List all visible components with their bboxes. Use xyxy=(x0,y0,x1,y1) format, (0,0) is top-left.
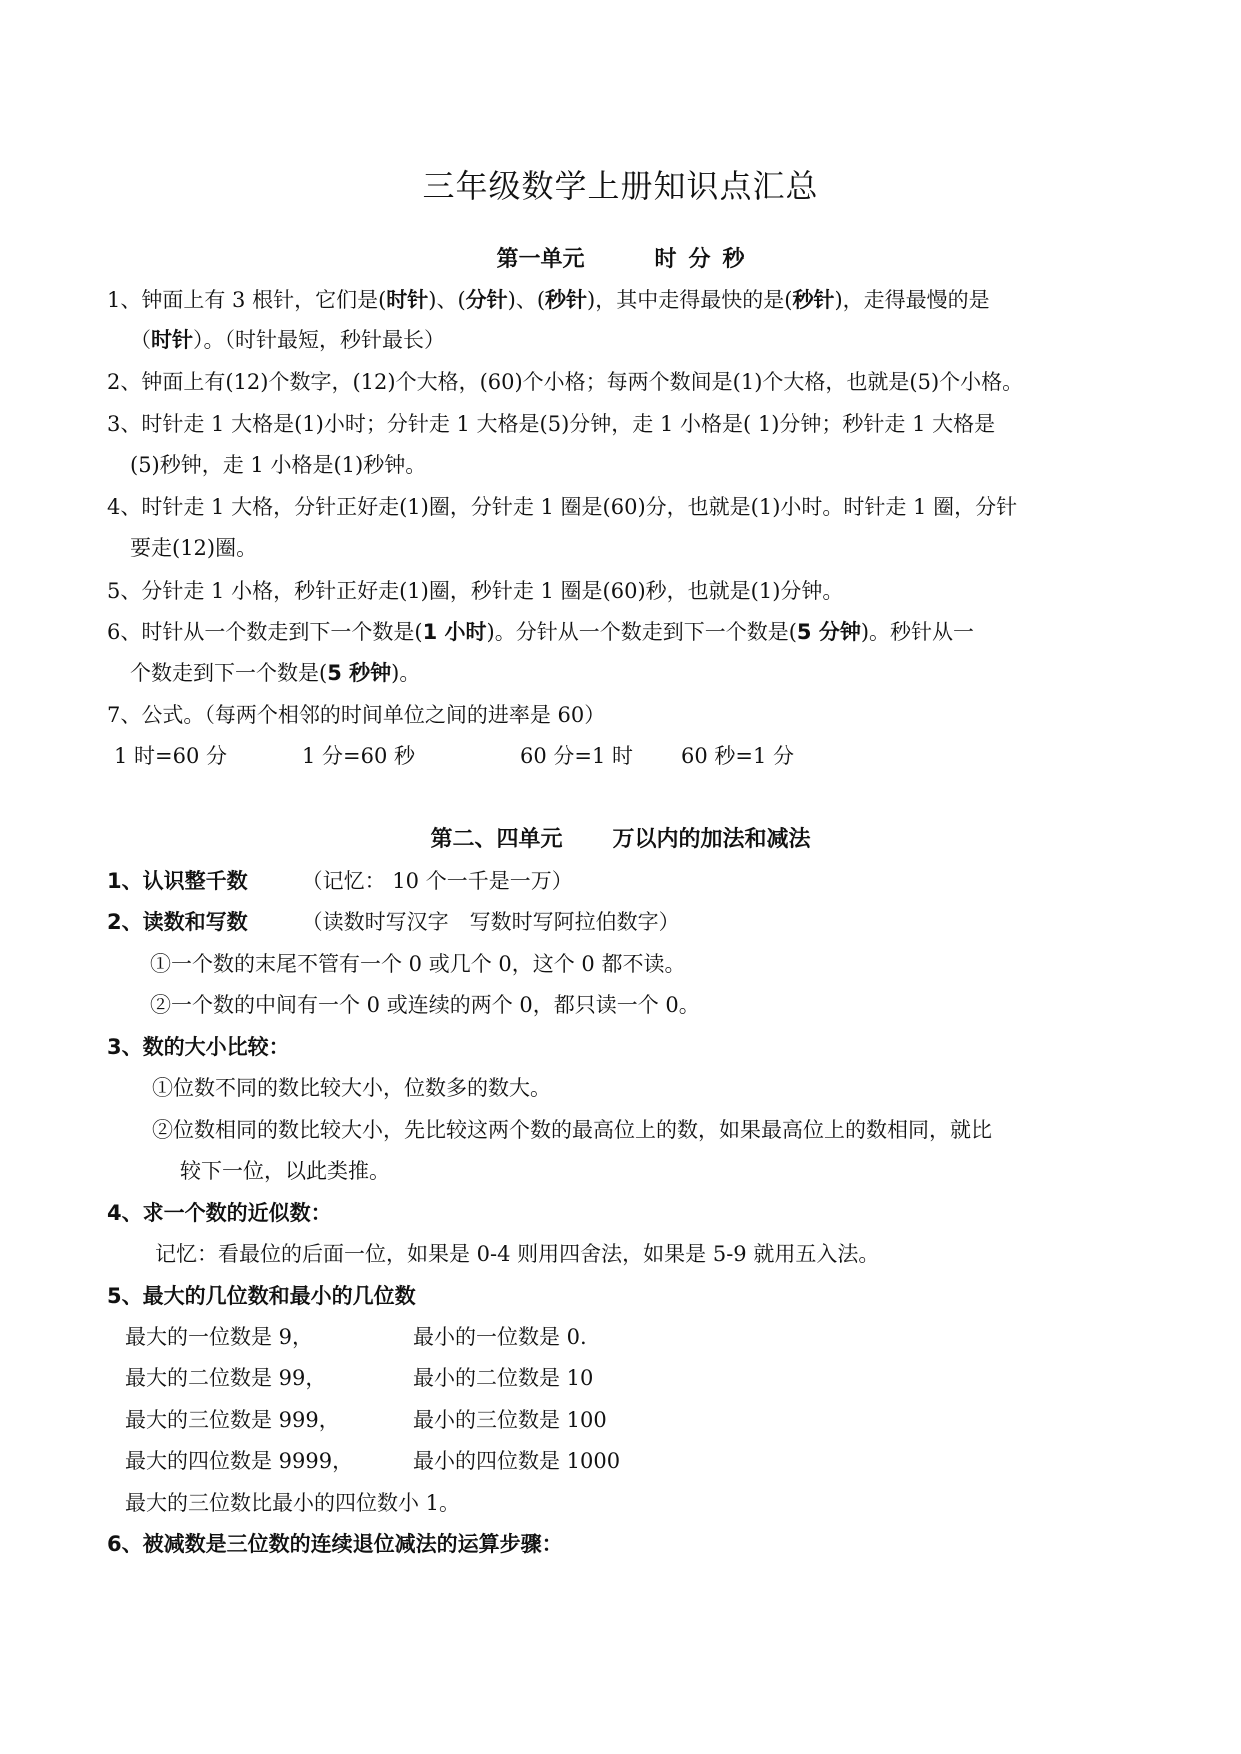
answer: 1 小时 xyxy=(423,620,487,644)
unit2-item-2: 2、读数和写数（读数时写汉字 写数时写阿拉伯数字） xyxy=(107,907,680,937)
max-digit-3: 最大的三位数是 999， xyxy=(125,1405,340,1435)
document-title: 三年级数学上册知识点汇总 xyxy=(0,166,1241,206)
item-note: （读数时写汉字 写数时写阿拉伯数字） xyxy=(302,910,680,934)
unit1-heading-topic-second: 秒 xyxy=(723,247,745,272)
unit1-heading-label: 第一单元 xyxy=(496,247,584,272)
unit2-item-3-heading: 3、数的大小比较： xyxy=(107,1032,290,1062)
text: )，走得最慢的是 xyxy=(834,288,989,312)
max-digit-4: 最大的四位数是 9999， xyxy=(125,1446,353,1476)
text: )、( xyxy=(428,288,465,312)
formula-4: 60 秒=1 分 xyxy=(681,741,794,771)
text: )，其中走得最快的是( xyxy=(587,288,792,312)
unit2-heading-topic: 万以内的加法和减法 xyxy=(613,827,811,852)
unit1-item-6-cont: 个数走到下一个数是(5 秒钟)。 xyxy=(130,658,420,688)
item-heading: 1、认识整千数 xyxy=(107,869,248,893)
unit1-heading: 第一单元时分秒 xyxy=(0,245,1241,275)
unit1-item-3-cont: (5)秒钟，走 1 小格是(1)秒钟。 xyxy=(130,450,426,480)
text: )。分针从一个数走到下一个数是( xyxy=(487,620,797,644)
unit2-item-3-rule-2-cont: 较下一位，以此类推。 xyxy=(180,1156,390,1186)
text: 6、时针从一个数走到下一个数是( xyxy=(107,620,423,644)
unit2-item-2-rule-2: ②一个数的中间有一个 0 或连续的两个 0，都只读一个 0。 xyxy=(150,990,700,1020)
unit1-heading-topic-minute: 分 xyxy=(689,247,711,272)
min-digit-1: 最小的一位数是 0. xyxy=(413,1322,587,1352)
unit1-item-1-cont: （时针）。（时针最短，秒针最长） xyxy=(130,325,445,355)
document-page: 三年级数学上册知识点汇总 第一单元时分秒 1、钟面上有 3 根针，它们是(时针)… xyxy=(0,0,1241,1754)
unit2-item-3-rule-2: ②位数相同的数比较大小，先比较这两个数的最高位上的数，如果最高位上的数相同，就比 xyxy=(152,1115,992,1145)
unit2-item-5-summary: 最大的三位数比最小的四位数小 1。 xyxy=(125,1488,460,1518)
unit1-item-1: 1、钟面上有 3 根针，它们是(时针)、(分针)、(秒针)，其中走得最快的是(秒… xyxy=(107,285,990,315)
answer: 秒针 xyxy=(792,288,834,312)
answer: 5 秒钟 xyxy=(327,661,391,685)
text: )。秒针从一 xyxy=(861,620,974,644)
unit2-heading-label: 第二、四单元 xyxy=(430,827,562,852)
max-digit-2: 最大的二位数是 99， xyxy=(125,1363,326,1393)
answer: 时针 xyxy=(151,328,193,352)
unit1-item-4-cont: 要走(12)圈。 xyxy=(130,533,257,563)
item-heading: 2、读数和写数 xyxy=(107,910,248,934)
text: )、( xyxy=(508,288,545,312)
unit1-item-3: 3、时针走 1 大格是(1)小时；分针走 1 大格是(5)分钟，走 1 小格是(… xyxy=(107,409,995,439)
min-digit-3: 最小的三位数是 100 xyxy=(413,1405,607,1435)
answer: 时针 xyxy=(386,288,428,312)
unit2-item-4-heading: 4、求一个数的近似数： xyxy=(107,1198,332,1228)
answer: 秒针 xyxy=(545,288,587,312)
text: )。 xyxy=(391,661,420,685)
unit1-item-5: 5、分针走 1 小格，秒针正好走(1)圈，秒针走 1 圈是(60)秒，也就是(1… xyxy=(107,576,843,606)
text: ）。（时针最短，秒针最长） xyxy=(193,328,445,352)
text: （ xyxy=(130,328,151,352)
unit1-item-2: 2、钟面上有(12)个数字，(12)个大格，(60)个小格；每两个数间是(1)个… xyxy=(107,367,1023,397)
unit1-item-6: 6、时针从一个数走到下一个数是(1 小时)。分针从一个数走到下一个数是(5 分钟… xyxy=(107,617,974,647)
max-digit-1: 最大的一位数是 9， xyxy=(125,1322,313,1352)
formula-1: 1 时=60 分 xyxy=(114,741,227,771)
unit2-item-3-rule-1: ①位数不同的数比较大小，位数多的数大。 xyxy=(152,1073,551,1103)
unit1-item-4: 4、时针走 1 大格，分针正好走(1)圈，分针走 1 圈是(60)分，也就是(1… xyxy=(107,492,1017,522)
unit1-heading-topic-hour: 时 xyxy=(654,247,676,272)
formula-3: 60 分=1 时 xyxy=(520,741,633,771)
min-digit-4: 最小的四位数是 1000 xyxy=(413,1446,620,1476)
unit2-item-2-rule-1: ①一个数的末尾不管有一个 0 或几个 0，这个 0 都不读。 xyxy=(150,949,685,979)
unit1-item-7: 7、公式。（每两个相邻的时间单位之间的进率是 60） xyxy=(107,700,605,730)
item-note: （记忆： 10 个一千是一万） xyxy=(302,869,573,893)
unit2-item-4-note: 记忆：看最位的后面一位，如果是 0-4 则用四舍法，如果是 5-9 就用五入法。 xyxy=(155,1239,879,1269)
text: 个数走到下一个数是( xyxy=(130,661,327,685)
answer: 5 分钟 xyxy=(797,620,861,644)
text: 1、钟面上有 3 根针，它们是( xyxy=(107,288,386,312)
unit2-item-5-heading: 5、最大的几位数和最小的几位数 xyxy=(107,1281,416,1311)
answer: 分针 xyxy=(466,288,508,312)
formula-2: 1 分=60 秒 xyxy=(302,741,415,771)
unit2-heading: 第二、四单元万以内的加法和减法 xyxy=(0,825,1241,855)
unit2-item-6-heading: 6、被减数是三位数的连续退位减法的运算步骤： xyxy=(107,1529,563,1559)
unit2-item-1: 1、认识整千数（记忆： 10 个一千是一万） xyxy=(107,866,573,896)
min-digit-2: 最小的二位数是 10 xyxy=(413,1363,593,1393)
